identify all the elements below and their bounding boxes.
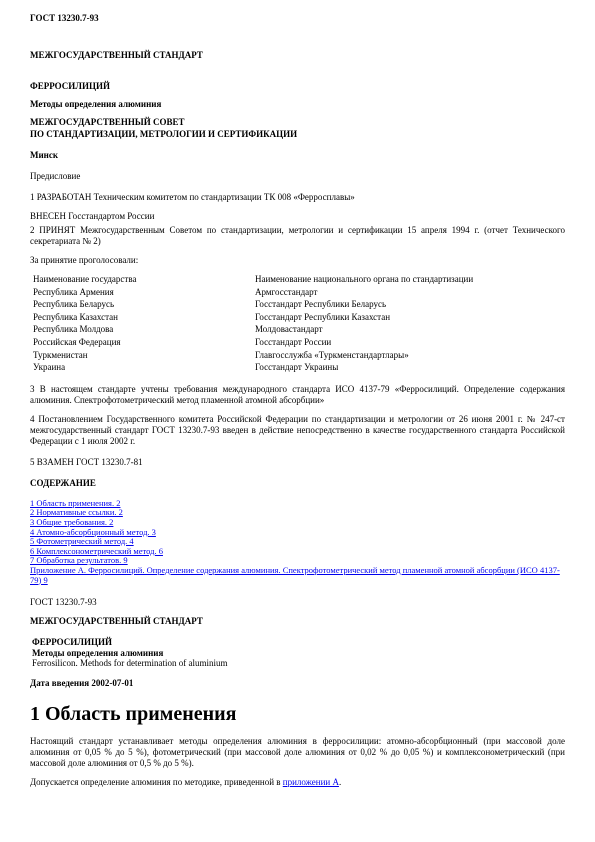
section-1-heading: 1 Область применения xyxy=(30,703,565,725)
standards-body-cell: Главгосслужба «Туркменстандартлары» xyxy=(255,349,565,362)
state-cell: Республика Беларусь xyxy=(33,298,255,311)
table-row: Туркменистан Главгосслужба «Туркменстанд… xyxy=(33,349,565,362)
table-of-contents: 1 Область применения. 2 2 Нормативные сс… xyxy=(30,499,565,585)
table-row: Республика Казахстан Госстандарт Республ… xyxy=(33,311,565,324)
vote-table-header-state: Наименование государства xyxy=(33,273,255,286)
vote-table-header-body: Наименование национального органа по ста… xyxy=(255,273,565,286)
state-cell: Украина xyxy=(33,361,255,374)
foreword-item-developed: 1 РАЗРАБОТАН Техническим комитетом по ст… xyxy=(30,192,565,203)
standards-body-cell: Госстандарт Украины xyxy=(255,361,565,374)
state-cell: Республика Армения xyxy=(33,286,255,299)
toc-link-appendix-a[interactable]: Приложение А. Ферросилиций. Определение … xyxy=(30,566,565,585)
scope-paragraph-2: Допускается определение алюминия по мето… xyxy=(30,777,565,788)
appendix-a-link[interactable]: приложении А xyxy=(283,777,339,787)
standards-body-cell: Госстандарт Республики Беларусь xyxy=(255,298,565,311)
vote-table: Наименование государства Наименование на… xyxy=(33,273,565,374)
scope-section: Настоящий стандарт устанавливает методы … xyxy=(30,736,565,788)
foreword-item-iso: 3 В настоящем стандарте учтены требовани… xyxy=(30,384,565,406)
vote-intro: За принятие проголосовали: xyxy=(30,255,565,266)
state-cell: Республика Молдова xyxy=(33,323,255,336)
state-cell: Российская Федерация xyxy=(33,336,255,349)
standards-body-cell: Молдовастандарт xyxy=(255,323,565,336)
table-row: Республика Армения Армгосстандарт xyxy=(33,286,565,299)
council-line-2: ПО СТАНДАРТИЗАЦИИ, МЕТРОЛОГИИ И СЕРТИФИК… xyxy=(30,129,565,140)
document-page: ГОСТ 13230.7-93 МЕЖГОСУДАРСТВЕННЫЙ СТАНД… xyxy=(0,0,595,842)
table-row: Российская Федерация Госстандарт России xyxy=(33,336,565,349)
standards-body-cell: Госстандарт России xyxy=(255,336,565,349)
doc-number-repeat: ГОСТ 13230.7-93 xyxy=(30,597,565,608)
doc-title-repeat: ФЕРРОСИЛИЦИЙ xyxy=(32,637,565,648)
scope-paragraph-2-period: . xyxy=(339,777,341,787)
table-row: Республика Беларусь Госстандарт Республи… xyxy=(33,298,565,311)
effective-date: Дата введения 2002-07-01 xyxy=(30,678,565,689)
foreword-title: Предисловие xyxy=(30,171,565,182)
standards-body-cell: Госстандарт Республики Казахстан xyxy=(255,311,565,324)
state-cell: Туркменистан xyxy=(33,349,255,362)
city-label: Минск xyxy=(30,150,565,161)
foreword-item-adopted: 2 ПРИНЯТ Межгосударственным Советом по с… xyxy=(30,225,565,247)
doc-subtitle-en: Ferrosilicon. Methods for determination … xyxy=(32,658,565,669)
doc-number-top: ГОСТ 13230.7-93 xyxy=(30,13,565,24)
table-row: Украина Госстандарт Украины xyxy=(33,361,565,374)
standards-body-cell: Армгосстандарт xyxy=(255,286,565,299)
doc-method-subtitle-repeat: Методы определения алюминия xyxy=(32,648,565,659)
vote-table-header-row: Наименование государства Наименование на… xyxy=(33,273,565,286)
scope-paragraph-2-text: Допускается определение алюминия по мето… xyxy=(30,777,283,787)
state-cell: Республика Казахстан xyxy=(33,311,255,324)
foreword-item-enacted: 4 Постановлением Государственного комите… xyxy=(30,414,565,447)
standard-type-label: МЕЖГОСУДАРСТВЕННЫЙ СТАНДАРТ xyxy=(30,50,565,61)
foreword-item-submitted: ВНЕСЕН Госстандартом России xyxy=(30,211,565,222)
table-row: Республика Молдова Молдовастандарт xyxy=(33,323,565,336)
foreword-item-replaces: 5 ВЗАМЕН ГОСТ 13230.7-81 xyxy=(30,457,565,468)
scope-paragraph-1: Настоящий стандарт устанавливает методы … xyxy=(30,736,565,769)
doc-title: ФЕРРОСИЛИЦИЙ xyxy=(30,81,565,92)
toc-title: СОДЕРЖАНИЕ xyxy=(30,478,565,489)
standard-type-label-repeat: МЕЖГОСУДАРСТВЕННЫЙ СТАНДАРТ xyxy=(30,616,565,627)
doc-method-subtitle: Методы определения алюминия xyxy=(30,99,565,110)
title-block: ФЕРРОСИЛИЦИЙ Методы определения алюминия… xyxy=(32,637,565,669)
council-line-1: МЕЖГОСУДАРСТВЕННЫЙ СОВЕТ xyxy=(30,117,565,128)
